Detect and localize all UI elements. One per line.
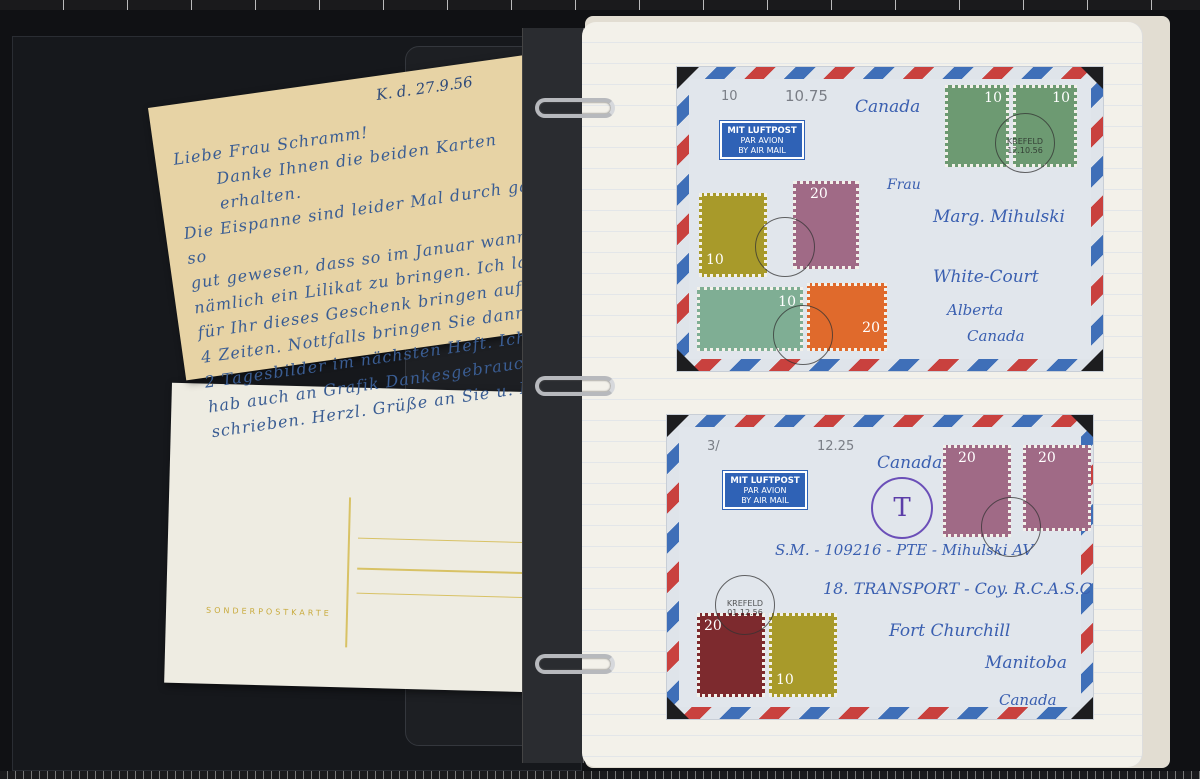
airmail-cover-1: MIT LUFTPOST PAR AVION BY AIR MAIL 10 10… xyxy=(676,66,1104,372)
label-line: BY AIR MAIL xyxy=(725,496,805,506)
postmark-text: KREFELD 01.12.56 xyxy=(716,599,774,617)
address-line: Fort Churchill xyxy=(889,621,1010,641)
label-line: PAR AVION xyxy=(725,486,805,496)
address-line: Canada xyxy=(999,691,1057,709)
ruler-top xyxy=(0,0,1200,10)
stamp-value: 10 xyxy=(1052,90,1070,106)
stamp-value: 20 xyxy=(1038,450,1056,466)
postmark xyxy=(981,497,1041,557)
postmark: KREFELD 12.10.56 xyxy=(995,113,1055,173)
postmark xyxy=(755,217,815,277)
label-line: BY AIR MAIL xyxy=(722,146,802,156)
stamp: 10 xyxy=(769,613,837,697)
address-line: Canada xyxy=(967,327,1025,345)
tax-postmark: T xyxy=(871,477,933,539)
pencil-note: 10 xyxy=(721,89,738,104)
stamp-value: 10 xyxy=(776,672,794,688)
label-line: MIT LUFTPOST xyxy=(725,476,805,486)
postcard-date: K. d. 27.9.56 xyxy=(375,73,474,104)
address-line: Manitoba xyxy=(985,653,1067,673)
postmark xyxy=(773,305,833,365)
address-line xyxy=(357,593,527,598)
address-line: 18. TRANSPORT - Coy. R.C.A.S.C. xyxy=(823,579,1094,598)
binder-ring xyxy=(535,654,615,674)
postmark-text: KREFELD 12.10.56 xyxy=(996,137,1054,155)
pencil-note: 12.25 xyxy=(817,439,854,454)
destination-header: Canada xyxy=(877,453,942,473)
pencil-note: 3/ xyxy=(707,439,720,454)
airmail-label: MIT LUFTPOST PAR AVION BY AIR MAIL xyxy=(723,471,807,509)
pencil-note: 10.75 xyxy=(785,87,828,105)
address-line: White-Court xyxy=(933,267,1039,287)
card-label: SONDERPOSTKARTE xyxy=(206,606,332,618)
address-line xyxy=(357,568,527,574)
card-divider xyxy=(345,497,351,647)
binder-ring xyxy=(535,98,615,118)
stamp-value: 10 xyxy=(706,252,724,268)
postmark: KREFELD 01.12.56 xyxy=(715,575,775,635)
address-line: Alberta xyxy=(947,301,1003,319)
stamp-value: 10 xyxy=(984,90,1002,106)
binder-ring xyxy=(535,376,615,396)
photo-scene: SONDERPOSTKARTE K. d. 27.9.56 Liebe Frau… xyxy=(0,0,1200,779)
destination-header: Canada xyxy=(855,97,920,117)
label-line: MIT LUFTPOST xyxy=(722,126,802,136)
ruler-bottom xyxy=(0,771,1200,779)
label-line: PAR AVION xyxy=(722,136,802,146)
address-line: Frau xyxy=(887,177,921,193)
stamp-value: 20 xyxy=(810,186,828,202)
airmail-label: MIT LUFTPOST PAR AVION BY AIR MAIL xyxy=(720,121,804,159)
stamp-value: 20 xyxy=(958,450,976,466)
address-line: Marg. Mihulski xyxy=(933,207,1065,227)
address-line xyxy=(358,538,528,543)
stamp-value: 20 xyxy=(862,320,880,336)
airmail-cover-2: MIT LUFTPOST PAR AVION BY AIR MAIL 3/ 12… xyxy=(666,414,1094,720)
